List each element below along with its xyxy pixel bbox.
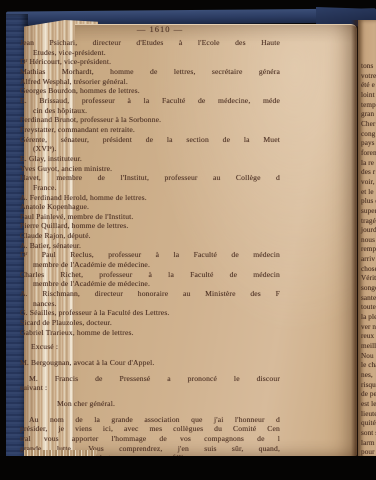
text-line: Vérit <box>361 274 376 284</box>
text-line: gran <box>361 110 376 120</box>
text-line: Dʳ Paul Reclus, professeur à la Faculté … <box>20 250 280 260</box>
text-line: Yves Guyot, ancien ministre. <box>20 164 280 174</box>
text-line: Charles Richet, professeur à la Faculté … <box>20 270 280 280</box>
text-line: Nou <box>361 352 376 362</box>
text-line: loint <box>361 91 376 101</box>
text-line: cong <box>361 130 376 140</box>
text-line: Au nom de la grande association que j'ai… <box>20 415 280 425</box>
text-line: Mathias Morhardt, homme de lettres, secr… <box>20 67 280 77</box>
text-line: des r <box>361 168 376 178</box>
text-line: nances. <box>20 299 280 309</box>
text-line: Georges Bourdon, hommes de lettres. <box>20 86 280 96</box>
text-line: Etudes, vice-président. <box>20 48 280 58</box>
text-line: A. Rischmann, directeur honoraire au Min… <box>20 289 280 299</box>
text-line: Claude Rajon, député. <box>20 231 280 241</box>
text-line: suivant : <box>20 383 280 393</box>
text-line: plus c <box>361 197 376 207</box>
text-line: nous <box>361 236 376 246</box>
text-line: cin des hôpitaux. <box>20 106 280 116</box>
text-line: Freystatter, commandant en retraite. <box>20 125 280 135</box>
text-line: Paul Painlevé, membre de l'Institut. <box>20 212 280 222</box>
text-line: A. Batier, sénateur. <box>20 241 280 251</box>
text-line: risque <box>361 381 376 391</box>
background-shadow <box>0 456 376 480</box>
text-line: membre de l'Académie de médecine. <box>20 279 280 289</box>
text-line: jourd <box>361 226 376 236</box>
text-line: reux <box>361 332 376 342</box>
text-line: tragé <box>361 217 376 227</box>
text-line: Mon cher général. <box>20 399 280 409</box>
text-line: membre de l'Académie de médecine. <box>20 260 280 270</box>
text-line: temp <box>361 101 376 111</box>
text-line: forem <box>361 149 376 159</box>
text-line: E. Brissaud, professeur à la Faculté de … <box>20 96 280 106</box>
text-line: la re <box>361 159 376 169</box>
text-line: meill <box>361 342 376 352</box>
text-line: Gabriel Trarieux, homme de lettres. <box>20 328 280 338</box>
text-line: G. Séailles, professeur à la Faculté des… <box>20 308 280 318</box>
text-line: tral vous apporter l'hommage de vos comp… <box>20 434 280 444</box>
text-line: nes, <box>361 371 376 381</box>
text-line: E. Glay, instituteur. <box>20 154 280 164</box>
text-line: Ferdinand Brunot, professeur à la Sorbon… <box>20 115 280 125</box>
text-line: Anatole Kopenhague. <box>20 202 280 212</box>
text-line: quités <box>361 419 376 429</box>
text-line: présider, je viens ici, avec mes collègu… <box>20 424 280 434</box>
text-line: Havet, membre de l'Institut, professeur … <box>20 173 280 183</box>
text-line: super <box>361 207 376 217</box>
text-line: larm <box>361 439 376 449</box>
page-lines: Jean Psichari, directeur d'Etudes à l'Ec… <box>20 38 280 463</box>
page-number: — 1610 — <box>80 24 240 34</box>
text-line: sante <box>361 294 376 304</box>
text-line: Sicard de Plauzoles, docteur. <box>20 318 280 328</box>
next-page-text-fragments: tonsvotreété elointtempgranChercongpaysf… <box>358 20 376 458</box>
text-line: toute <box>361 303 376 313</box>
text-line: Alfred Wesphal, trésorier général. <box>20 77 280 87</box>
text-line: M. Francis de Pressensé a prononcé le di… <box>20 374 280 384</box>
text-line: Pierre Quillard, homme de lettres. <box>20 221 280 231</box>
text-line: lieute <box>361 410 376 420</box>
scanned-book-photo: — 1610 — Jean Psichari, directeur d'Etud… <box>0 0 376 480</box>
text-line: chose <box>361 265 376 275</box>
text-line: Dʳ Héricourt, vice-président. <box>20 57 280 67</box>
text-line: ver n <box>361 323 376 333</box>
text-line: voir, <box>361 178 376 188</box>
text-line: votre <box>361 72 376 82</box>
text-line: remp <box>361 245 376 255</box>
text-line: tons <box>361 62 376 72</box>
text-line: et le <box>361 188 376 198</box>
next-page-sliver: tonsvotreété elointtempgranChercongpaysf… <box>358 20 376 458</box>
text-line: été e <box>361 81 376 91</box>
text-line: A. Ferdinand Herold, homme de lettres. <box>20 193 280 203</box>
text-line: pays <box>361 139 376 149</box>
text-line: arriv <box>361 255 376 265</box>
text-line: Excusé : <box>20 342 280 352</box>
text-line: la ple <box>361 313 376 323</box>
text-line: sont s <box>361 429 376 439</box>
text-line: songe <box>361 284 376 294</box>
text-line: Cher <box>361 120 376 130</box>
text-line: M. Bergougnan, avocat à la Cour d'Appel. <box>20 358 280 368</box>
text-line: (XVIᵉ). <box>20 144 280 154</box>
text-line: Jean Psichari, directeur d'Etudes à l'Ec… <box>20 38 280 48</box>
text-line: Gérente, sénateur, président de la secti… <box>20 135 280 145</box>
text-line: France. <box>20 183 280 193</box>
text-line: de per <box>361 390 376 400</box>
text-line: le cha <box>361 361 376 371</box>
text-line: est le <box>361 400 376 410</box>
